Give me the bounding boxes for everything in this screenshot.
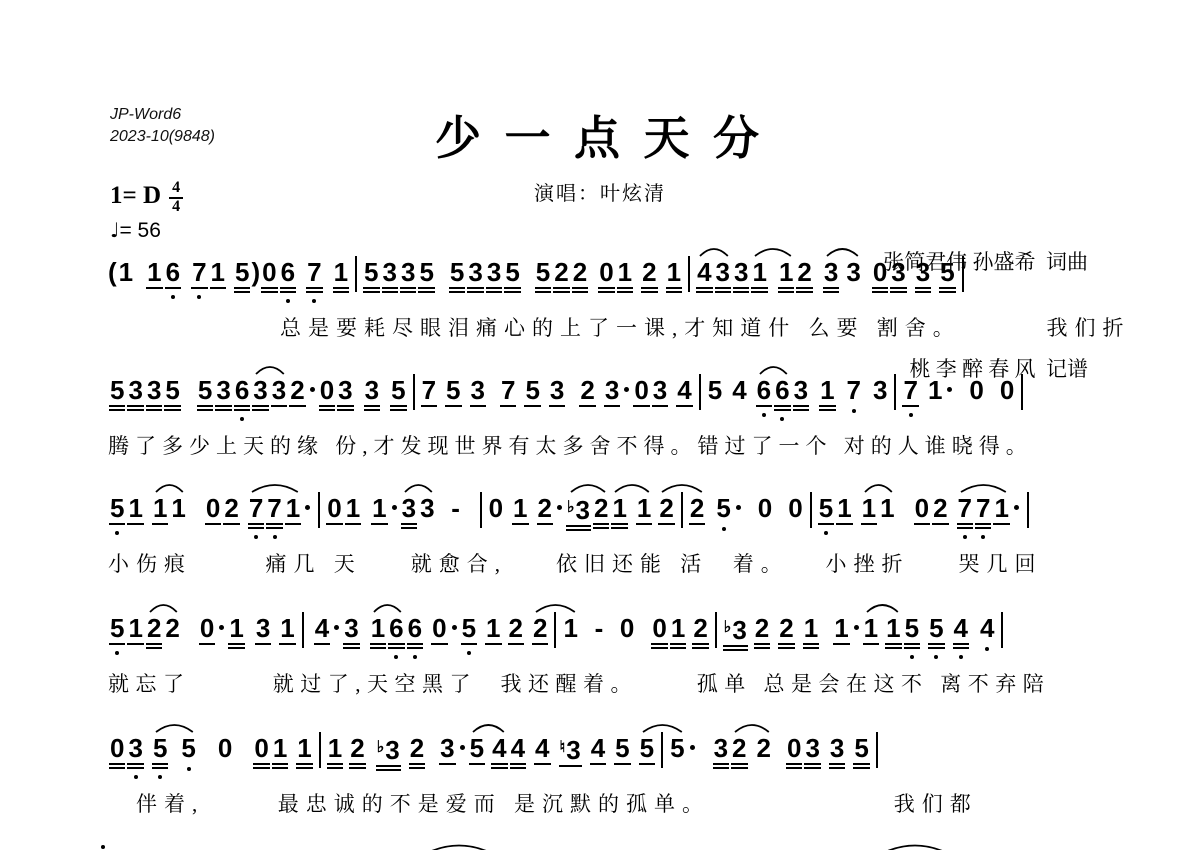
beam-line bbox=[793, 405, 809, 407]
note: 5 bbox=[233, 258, 251, 286]
beam-line bbox=[696, 287, 712, 289]
note: 1 bbox=[777, 258, 795, 286]
note: 2 bbox=[657, 494, 675, 522]
barline bbox=[681, 492, 683, 528]
note: 3 bbox=[844, 258, 862, 286]
note: 3 bbox=[254, 614, 272, 642]
beam-line bbox=[164, 405, 180, 407]
note: 1 bbox=[344, 494, 362, 522]
beam-line bbox=[689, 523, 705, 525]
note: 5 bbox=[417, 258, 435, 286]
beam-line bbox=[146, 643, 162, 645]
beam-line bbox=[449, 287, 465, 289]
note: 3 bbox=[548, 376, 566, 404]
beam-line bbox=[279, 643, 295, 645]
beam-line bbox=[953, 643, 969, 645]
beam-line bbox=[833, 643, 849, 645]
note: 5 bbox=[460, 614, 478, 642]
notes-row: 51110277101133-012♭321122500511102771 bbox=[108, 482, 1098, 534]
note: 5 bbox=[389, 376, 407, 404]
beam-line bbox=[641, 287, 657, 289]
beam-line bbox=[272, 767, 288, 769]
beam-line bbox=[296, 767, 312, 769]
beam-line bbox=[890, 291, 906, 293]
barline bbox=[355, 256, 357, 292]
slur-arc bbox=[882, 841, 948, 850]
key-signature: 1= D44 bbox=[110, 180, 183, 216]
flat-icon: ♭ bbox=[724, 619, 732, 636]
beam-line bbox=[818, 523, 834, 525]
note: 1 bbox=[295, 734, 313, 762]
beam-line bbox=[197, 409, 213, 411]
octave-dot bbox=[780, 417, 784, 421]
note: 7 bbox=[305, 258, 323, 286]
lyrics-line: 就忘了 就过了,天空黑了 我还醒着。 孤单 总是会在这不 离不弃陪 bbox=[108, 672, 1098, 696]
beam-line bbox=[957, 523, 973, 525]
lyrics-line: 伴着, 最忠诚的不是爱而 是沉默的孤单。 我们都 bbox=[108, 792, 1098, 816]
beam-line bbox=[407, 643, 423, 645]
note: 7 bbox=[265, 494, 283, 522]
note: 4 bbox=[509, 734, 527, 762]
beam-line bbox=[778, 291, 794, 293]
time-top: 4 bbox=[169, 180, 183, 199]
dash-note: - bbox=[590, 614, 608, 642]
note: 3 bbox=[714, 258, 732, 286]
music-line: 51110277101133-012♭321122500511102771小伤痕… bbox=[108, 482, 1098, 576]
beam-line bbox=[534, 763, 550, 765]
beam-line bbox=[253, 767, 269, 769]
note: 5 bbox=[108, 376, 126, 404]
beam-line bbox=[388, 643, 404, 645]
beam-line bbox=[593, 523, 609, 525]
note: 5 bbox=[362, 258, 380, 286]
beam-line bbox=[786, 763, 802, 765]
beam-line bbox=[199, 643, 215, 645]
beam-line bbox=[445, 405, 461, 407]
beam-line bbox=[205, 523, 221, 525]
augmentation-dot bbox=[219, 625, 224, 630]
tempo-marking: ♩= 56 bbox=[110, 220, 161, 241]
augmentation-dot bbox=[690, 745, 695, 750]
note: 2 bbox=[552, 258, 570, 286]
note: 3 bbox=[712, 734, 730, 762]
beam-line bbox=[666, 287, 682, 289]
beam-line bbox=[593, 527, 609, 529]
augmentation-dot bbox=[452, 625, 457, 630]
slur-arc bbox=[426, 841, 492, 850]
note: 5 bbox=[108, 494, 126, 522]
note: ♭3 bbox=[565, 494, 592, 524]
beam-line bbox=[696, 291, 712, 293]
augmentation-dot bbox=[305, 505, 310, 510]
beam-line bbox=[939, 287, 955, 289]
note: 3 bbox=[145, 376, 163, 404]
beam-line bbox=[670, 643, 686, 645]
beam-line bbox=[285, 523, 301, 525]
beam-line bbox=[733, 291, 749, 293]
lyrics-line: 腾了多少上天的缘 份,才发现世界有太多舍不得。错过了一个 对的人谁晓得。 bbox=[108, 434, 1098, 458]
note: 6 bbox=[279, 258, 297, 286]
note: ♭3 bbox=[722, 614, 749, 644]
slur-arc bbox=[826, 246, 859, 257]
note: 2 bbox=[755, 734, 773, 762]
beam-line bbox=[400, 287, 416, 289]
beam-line bbox=[400, 291, 416, 293]
key-label: 1= D bbox=[110, 182, 161, 209]
octave-dot bbox=[985, 647, 989, 651]
note: 3 bbox=[889, 258, 907, 286]
augmentation-dot bbox=[947, 387, 952, 392]
beam-line bbox=[349, 763, 365, 765]
beam-line bbox=[823, 287, 839, 289]
beam-line bbox=[165, 287, 181, 289]
beam-line bbox=[713, 767, 729, 769]
note: 0 bbox=[204, 494, 222, 522]
beam-line bbox=[491, 767, 507, 769]
note: 1 bbox=[665, 258, 683, 286]
note: 5 bbox=[668, 734, 686, 762]
beam-line bbox=[915, 287, 931, 289]
slur-arc bbox=[570, 482, 606, 493]
note: 4 bbox=[533, 734, 551, 762]
note: 2 bbox=[578, 376, 596, 404]
notes-row: 0355001112♭3235444♮345553220335 bbox=[108, 722, 1098, 774]
beam-line bbox=[109, 767, 125, 769]
note: ♭3 bbox=[375, 734, 402, 764]
note: 3 bbox=[438, 734, 456, 762]
beam-line bbox=[343, 647, 359, 649]
beam-line bbox=[829, 763, 845, 765]
beam-line bbox=[572, 291, 588, 293]
beam-line bbox=[549, 405, 565, 407]
octave-dot bbox=[171, 295, 175, 299]
note: 1 bbox=[278, 614, 296, 642]
slur-arc bbox=[759, 364, 788, 375]
note: 2 bbox=[408, 734, 426, 762]
song-title: 少 一 点 天 分 bbox=[0, 116, 1200, 162]
lyrics-line: 总是要耗尽眼泪痛心的上了一课,才知道什 么要 割舍。 我们折 bbox=[108, 316, 1098, 340]
note: 4 bbox=[675, 376, 693, 404]
note: 3 bbox=[466, 258, 484, 286]
beam-line bbox=[467, 291, 483, 293]
beam-line bbox=[819, 409, 835, 411]
beam-line bbox=[510, 767, 526, 769]
barline bbox=[688, 256, 690, 292]
note: 0 bbox=[871, 258, 889, 286]
note: 1 bbox=[370, 494, 388, 522]
beam-line bbox=[508, 643, 524, 645]
note: 0 bbox=[632, 376, 650, 404]
beam-line bbox=[388, 647, 404, 649]
barline bbox=[1001, 612, 1003, 648]
slur-arc bbox=[255, 364, 285, 375]
note: 7 bbox=[499, 376, 517, 404]
beam-line bbox=[928, 643, 944, 645]
note: 3 bbox=[381, 258, 399, 286]
beam-line bbox=[957, 527, 973, 529]
slur-arc bbox=[535, 602, 576, 613]
beam-line bbox=[469, 763, 485, 765]
note: 6 bbox=[406, 614, 424, 642]
note: 3 bbox=[651, 376, 669, 404]
beam-line bbox=[715, 287, 731, 289]
beam-line bbox=[363, 291, 379, 293]
beam-line bbox=[566, 525, 591, 527]
note: 5 bbox=[938, 258, 956, 286]
beam-line bbox=[271, 405, 287, 407]
note: 2 bbox=[536, 494, 554, 522]
note: 5 bbox=[151, 734, 169, 762]
slur-arc bbox=[472, 722, 505, 733]
barline bbox=[302, 612, 304, 648]
note: 0 bbox=[260, 258, 278, 286]
note: 0 bbox=[998, 376, 1016, 404]
beam-line bbox=[754, 647, 770, 649]
note: 3 bbox=[485, 258, 503, 286]
beam-line bbox=[885, 647, 901, 649]
augmentation-dot bbox=[334, 625, 339, 630]
beam-line bbox=[370, 643, 386, 645]
augmentation-dot bbox=[854, 625, 859, 630]
beam-line bbox=[500, 405, 516, 407]
beam-line bbox=[778, 287, 794, 289]
beam-line bbox=[510, 763, 526, 765]
flat-icon: ♭ bbox=[567, 499, 575, 516]
beam-line bbox=[306, 291, 322, 293]
note: 5 bbox=[706, 376, 724, 404]
beam-line bbox=[253, 763, 269, 765]
beam-line bbox=[418, 291, 434, 293]
natural-icon: ♮ bbox=[560, 739, 566, 756]
beam-line bbox=[363, 287, 379, 289]
octave-dot bbox=[910, 655, 914, 659]
beam-line bbox=[491, 763, 507, 765]
slur-arc bbox=[754, 246, 792, 257]
beam-line bbox=[418, 287, 434, 289]
beam-line bbox=[234, 287, 250, 289]
beam-line bbox=[975, 523, 991, 525]
sheet-music-page: JP-Word6 2023-10(9848) 少 一 点 天 分 演唱：叶炫清 … bbox=[0, 0, 1200, 850]
beam-line bbox=[872, 287, 888, 289]
note: 2 bbox=[592, 494, 610, 522]
beam-line bbox=[266, 523, 282, 525]
beam-line bbox=[633, 405, 649, 407]
note: 3 bbox=[126, 376, 144, 404]
beam-line bbox=[109, 643, 125, 645]
beam-line bbox=[751, 291, 767, 293]
slur-arc bbox=[149, 602, 178, 613]
slur-arc bbox=[960, 482, 1007, 493]
note: 2 bbox=[640, 258, 658, 286]
beam-line bbox=[349, 767, 365, 769]
note: 2 bbox=[730, 734, 748, 762]
beam-line bbox=[804, 763, 820, 765]
beam-line bbox=[504, 287, 520, 289]
beam-line bbox=[598, 287, 614, 289]
beam-line bbox=[524, 405, 540, 407]
note: 0 bbox=[108, 734, 126, 762]
beam-line bbox=[778, 643, 794, 645]
octave-dot bbox=[824, 531, 828, 535]
augmentation-dot bbox=[392, 505, 397, 510]
beam-line bbox=[611, 527, 627, 529]
beam-line bbox=[127, 763, 143, 765]
beam-line bbox=[326, 523, 342, 525]
beam-line bbox=[786, 767, 802, 769]
beam-line bbox=[751, 287, 767, 289]
note: 1 bbox=[169, 494, 187, 522]
note: 2 bbox=[222, 494, 240, 522]
slur-arc bbox=[251, 482, 299, 493]
beam-line bbox=[314, 643, 330, 645]
note: 3 bbox=[418, 494, 436, 522]
beam-line bbox=[345, 523, 361, 525]
beam-line bbox=[382, 291, 398, 293]
beam-line bbox=[252, 405, 268, 407]
beam-line bbox=[953, 647, 969, 649]
note: 7 bbox=[956, 494, 974, 522]
note: 7 bbox=[247, 494, 265, 522]
note: 4 bbox=[695, 258, 713, 286]
octave-dot bbox=[852, 409, 856, 413]
beam-line bbox=[266, 527, 282, 529]
beam-line bbox=[370, 647, 386, 649]
beam-line bbox=[614, 763, 630, 765]
beam-line bbox=[914, 523, 930, 525]
notes-row: (116715)0671533553355220121433112330335 bbox=[108, 246, 1098, 298]
beam-line bbox=[890, 287, 906, 289]
note: 3 bbox=[336, 376, 354, 404]
augmentation-dot bbox=[624, 387, 629, 392]
octave-dot bbox=[963, 535, 967, 539]
octave-dot bbox=[187, 767, 191, 771]
note: 6 bbox=[164, 258, 182, 286]
barline bbox=[810, 492, 812, 528]
beam-line bbox=[327, 767, 343, 769]
beam-line bbox=[467, 287, 483, 289]
note: 2 bbox=[688, 494, 706, 522]
beam-line bbox=[756, 405, 772, 407]
beam-line bbox=[572, 287, 588, 289]
beam-line bbox=[579, 405, 595, 407]
note: 3 bbox=[400, 494, 418, 522]
beam-line bbox=[504, 291, 520, 293]
beam-line bbox=[731, 763, 747, 765]
beam-line bbox=[804, 767, 820, 769]
augmentation-dot bbox=[460, 745, 465, 750]
beam-line bbox=[692, 643, 708, 645]
octave-dot bbox=[909, 413, 913, 417]
note: 2 bbox=[145, 614, 163, 642]
barline bbox=[894, 374, 896, 410]
beam-line bbox=[670, 647, 686, 649]
augmentation-dot bbox=[1014, 505, 1019, 510]
time-bottom: 4 bbox=[169, 199, 183, 216]
dash-note: - bbox=[447, 494, 465, 522]
note: 0 bbox=[786, 494, 804, 522]
note: 0 bbox=[618, 614, 636, 642]
note: 1 bbox=[126, 494, 144, 522]
beam-line bbox=[611, 523, 627, 525]
note: 3 bbox=[803, 734, 821, 762]
note: 5 bbox=[534, 258, 552, 286]
note: 0 bbox=[252, 734, 270, 762]
beam-line bbox=[885, 643, 901, 645]
slur-arc bbox=[642, 722, 683, 733]
note: 5 bbox=[714, 494, 732, 522]
beam-line bbox=[836, 523, 852, 525]
beam-line bbox=[796, 287, 812, 289]
note: 1 bbox=[802, 614, 820, 642]
note: 2 bbox=[571, 258, 589, 286]
octave-dot bbox=[158, 775, 162, 779]
beam-line bbox=[932, 523, 948, 525]
note: 0 bbox=[913, 494, 931, 522]
note: 1 bbox=[151, 494, 169, 522]
beam-line bbox=[319, 409, 335, 411]
note: 4 bbox=[313, 614, 331, 642]
slur-arc bbox=[404, 482, 433, 493]
note: 1 bbox=[284, 494, 302, 522]
note: 5 bbox=[468, 734, 486, 762]
note: 2 bbox=[691, 614, 709, 642]
beam-line bbox=[731, 767, 747, 769]
beam-line bbox=[461, 643, 477, 645]
beam-line bbox=[774, 405, 790, 407]
beam-line bbox=[692, 647, 708, 649]
barline bbox=[413, 374, 415, 410]
beam-line bbox=[376, 765, 401, 767]
beam-line bbox=[559, 765, 582, 767]
note: 1 bbox=[835, 494, 853, 522]
beam-line bbox=[343, 643, 359, 645]
notes-row: 5122013143166051221-0012♭32211115544 bbox=[108, 602, 1098, 654]
note: 4 bbox=[730, 376, 748, 404]
beam-line bbox=[803, 643, 819, 645]
beam-line bbox=[255, 643, 271, 645]
barline bbox=[876, 732, 878, 768]
beam-line bbox=[191, 287, 207, 289]
octave-dot bbox=[934, 655, 938, 659]
octave-dot bbox=[722, 527, 726, 531]
note: 6 bbox=[233, 376, 251, 404]
note: 0 bbox=[318, 376, 336, 404]
beam-line bbox=[470, 405, 486, 407]
beam-line bbox=[390, 409, 406, 411]
beam-line bbox=[861, 523, 877, 525]
note: 3 bbox=[342, 614, 360, 642]
beam-line bbox=[319, 405, 335, 407]
note: 2 bbox=[507, 614, 525, 642]
beam-line bbox=[252, 409, 268, 411]
beam-line bbox=[590, 763, 606, 765]
beam-line bbox=[306, 287, 322, 289]
beam-line bbox=[566, 529, 591, 531]
note: 5 bbox=[444, 376, 462, 404]
note: 4 bbox=[589, 734, 607, 762]
slur-arc bbox=[864, 482, 893, 493]
beam-line bbox=[975, 527, 991, 529]
beam-line bbox=[223, 523, 239, 525]
beam-line bbox=[723, 649, 748, 651]
beam-line bbox=[639, 763, 655, 765]
slur-arc bbox=[614, 482, 650, 493]
beam-line bbox=[127, 767, 143, 769]
note: 0 bbox=[967, 376, 985, 404]
note: 1 bbox=[926, 376, 944, 404]
beam-line bbox=[723, 645, 748, 647]
beam-line bbox=[146, 409, 162, 411]
